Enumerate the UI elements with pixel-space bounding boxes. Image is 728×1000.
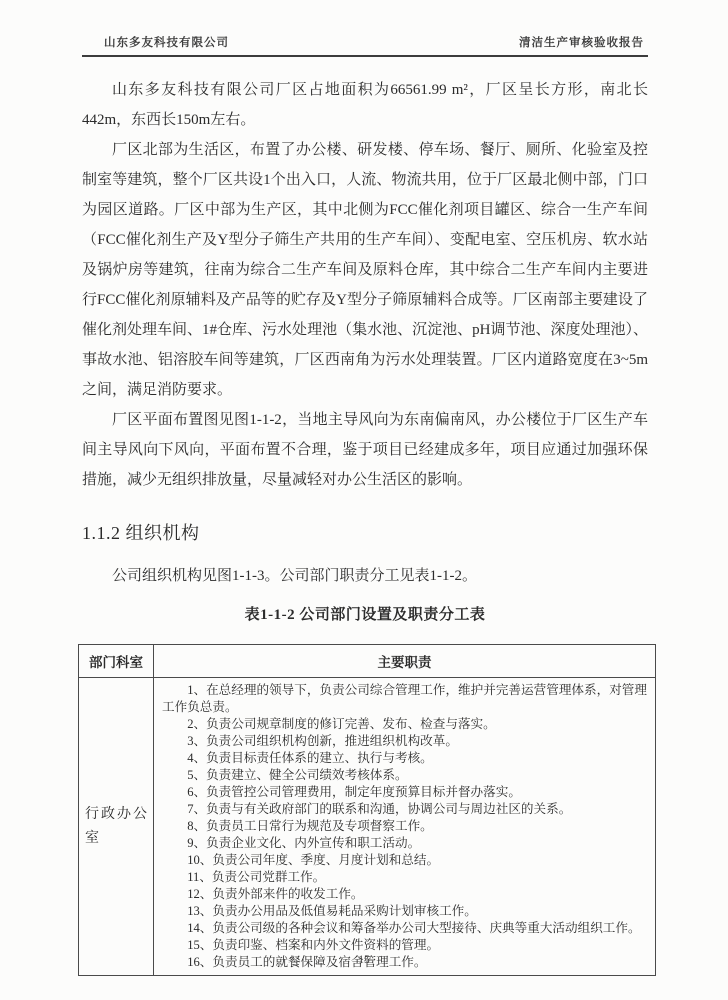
duty-item: 15、负责印鉴、档案和内外文件资料的管理。 [162,937,647,954]
table-header-row: 部门科室 主要职责 [79,645,656,678]
duties-cell: 1、在总经理的领导下，负责公司综合管理工作，维护并完善运营管理体系，对管理工作负… [154,678,656,976]
duty-item: 9、负责企业文化、内外宣传和职工活动。 [162,835,647,852]
department-duties-table: 部门科室 主要职责 行政办公室 1、在总经理的领导下，负责公司综合管理工作，维护… [78,644,656,976]
duty-item: 3、负责公司组织机构创新，推进组织机构改革。 [162,733,647,750]
duty-item: 1、在总经理的领导下，负责公司综合管理工作，维护并完善运营管理体系，对管理工作负… [162,682,647,716]
duty-item: 14、负责公司级的各种会议和筹备举办公司大型接待、庆典等重大活动组织工作。 [162,920,647,937]
section-heading-1-1-2: 1.1.2 组织机构 [82,519,648,545]
table-row: 行政办公室 1、在总经理的领导下，负责公司综合管理工作，维护并完善运营管理体系，… [79,678,656,976]
table-header-department: 部门科室 [79,645,154,678]
duty-item: 2、负责公司规章制度的修订完善、发布、检查与落实。 [162,716,647,733]
duty-item: 13、负责办公用品及低值易耗品采购计划审核工作。 [162,903,647,920]
running-header: 山东多友科技有限公司 清洁生产审核验收报告 [82,34,648,57]
header-company-name: 山东多友科技有限公司 [104,34,229,50]
duty-item: 5、负责建立、健全公司绩效考核体系。 [162,767,647,784]
paragraph-plant-layout: 厂区北部为生活区，布置了办公楼、研发楼、停车场、餐厅、厕所、化验室及控制室等建筑… [82,135,648,405]
page-number: 15 [0,954,728,966]
duty-item: 11、负责公司党群工作。 [162,869,647,886]
document-page: 山东多友科技有限公司 清洁生产审核验收报告 山东多友科技有限公司厂区占地面积为6… [0,0,728,1000]
paragraph-org-structure: 公司组织机构见图1-1-3。公司部门职责分工见表1-1-2。 [82,561,648,591]
duty-item: 10、负责公司年度、季度、月度计划和总结。 [162,852,647,869]
duty-item: 4、负责目标责任体系的建立、执行与考核。 [162,750,647,767]
duty-item: 7、负责与有关政府部门的联系和沟通，协调公司与周边社区的关系。 [162,801,647,818]
duty-item: 6、负责管控公司管理费用，制定年度预算目标并督办落实。 [162,784,647,801]
document-body: 山东多友科技有限公司厂区占地面积为66561.99 m²，厂区呈长方形，南北长4… [82,75,648,495]
table-caption: 表1-1-2 公司部门设置及职责分工表 [82,603,648,624]
paragraph-wind-direction: 厂区平面布置图见图1-1-2，当地主导风向为东南偏南风，办公楼位于厂区生产车间主… [82,405,648,495]
paragraph-plant-area: 山东多友科技有限公司厂区占地面积为66561.99 m²，厂区呈长方形，南北长4… [82,75,648,135]
department-cell: 行政办公室 [79,678,154,976]
duty-item: 8、负责员工日常行为规范及专项督察工作。 [162,818,647,835]
header-report-title: 清洁生产审核验收报告 [519,34,644,50]
duty-item: 12、负责外部来件的收发工作。 [162,886,647,903]
table-header-duties: 主要职责 [154,645,656,678]
